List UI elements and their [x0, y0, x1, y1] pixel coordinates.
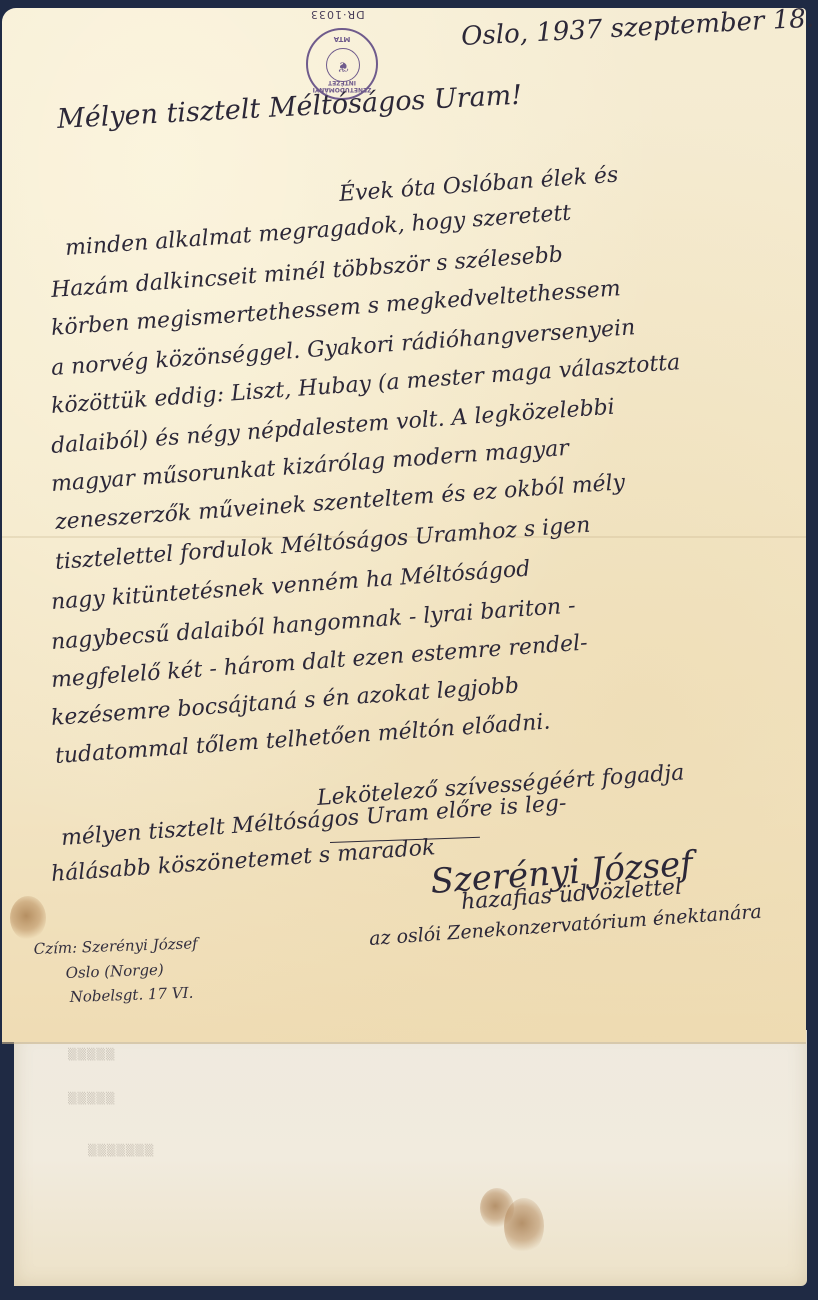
crest-icon: ❦ — [337, 58, 349, 74]
ghost-mark: ▒▒▒▒▒ — [68, 1048, 115, 1061]
address-line: Oslo (Norge) — [65, 961, 164, 982]
stamp-abbrev-text: MTA — [308, 35, 376, 43]
back-sheet: ▒▒▒▒▒ ▒▒▒▒▒ ▒▒▒▒▒▒▒ — [14, 1030, 807, 1286]
ghost-mark: ▒▒▒▒▒ — [68, 1092, 115, 1105]
stain-mark — [504, 1198, 544, 1254]
stain-mark — [10, 896, 46, 940]
ghost-mark: ▒▒▒▒▒▒▒ — [88, 1144, 154, 1157]
shelfmark: DR·1033 — [310, 8, 365, 21]
